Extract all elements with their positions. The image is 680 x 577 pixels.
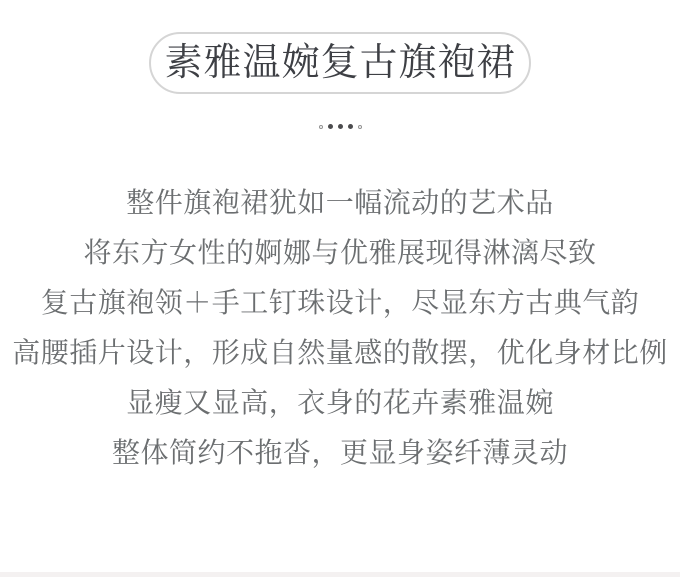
title-pill: 素雅温婉复古旗袍裙 — [149, 32, 531, 94]
dot-filled — [328, 124, 333, 129]
description-line: 将东方女性的婀娜与优雅展现得淋漓尽致 — [0, 228, 680, 278]
description-line: 高腰插片设计，形成自然量感的散摆，优化身材比例 — [0, 328, 680, 378]
description-block: 整件旗袍裙犹如一幅流动的艺术品 将东方女性的婀娜与优雅展现得淋漓尽致 复古旗袍领… — [0, 178, 680, 478]
next-section-edge — [0, 572, 680, 577]
dot-filled — [338, 124, 343, 129]
dot-open — [358, 125, 362, 129]
dot-filled — [348, 124, 353, 129]
page-title: 素雅温婉复古旗袍裙 — [164, 44, 515, 82]
dots-divider — [0, 123, 680, 130]
dot-open — [319, 125, 323, 129]
product-description-section: 素雅温婉复古旗袍裙 整件旗袍裙犹如一幅流动的艺术品 将东方女性的婀娜与优雅展现得… — [0, 0, 680, 577]
description-line: 整件旗袍裙犹如一幅流动的艺术品 — [0, 178, 680, 228]
description-line: 显瘦又显高，衣身的花卉素雅温婉 — [0, 378, 680, 428]
description-line: 复古旗袍领＋手工钉珠设计，尽显东方古典气韵 — [0, 278, 680, 328]
description-line: 整体简约不拖沓，更显身姿纤薄灵动 — [0, 428, 680, 478]
